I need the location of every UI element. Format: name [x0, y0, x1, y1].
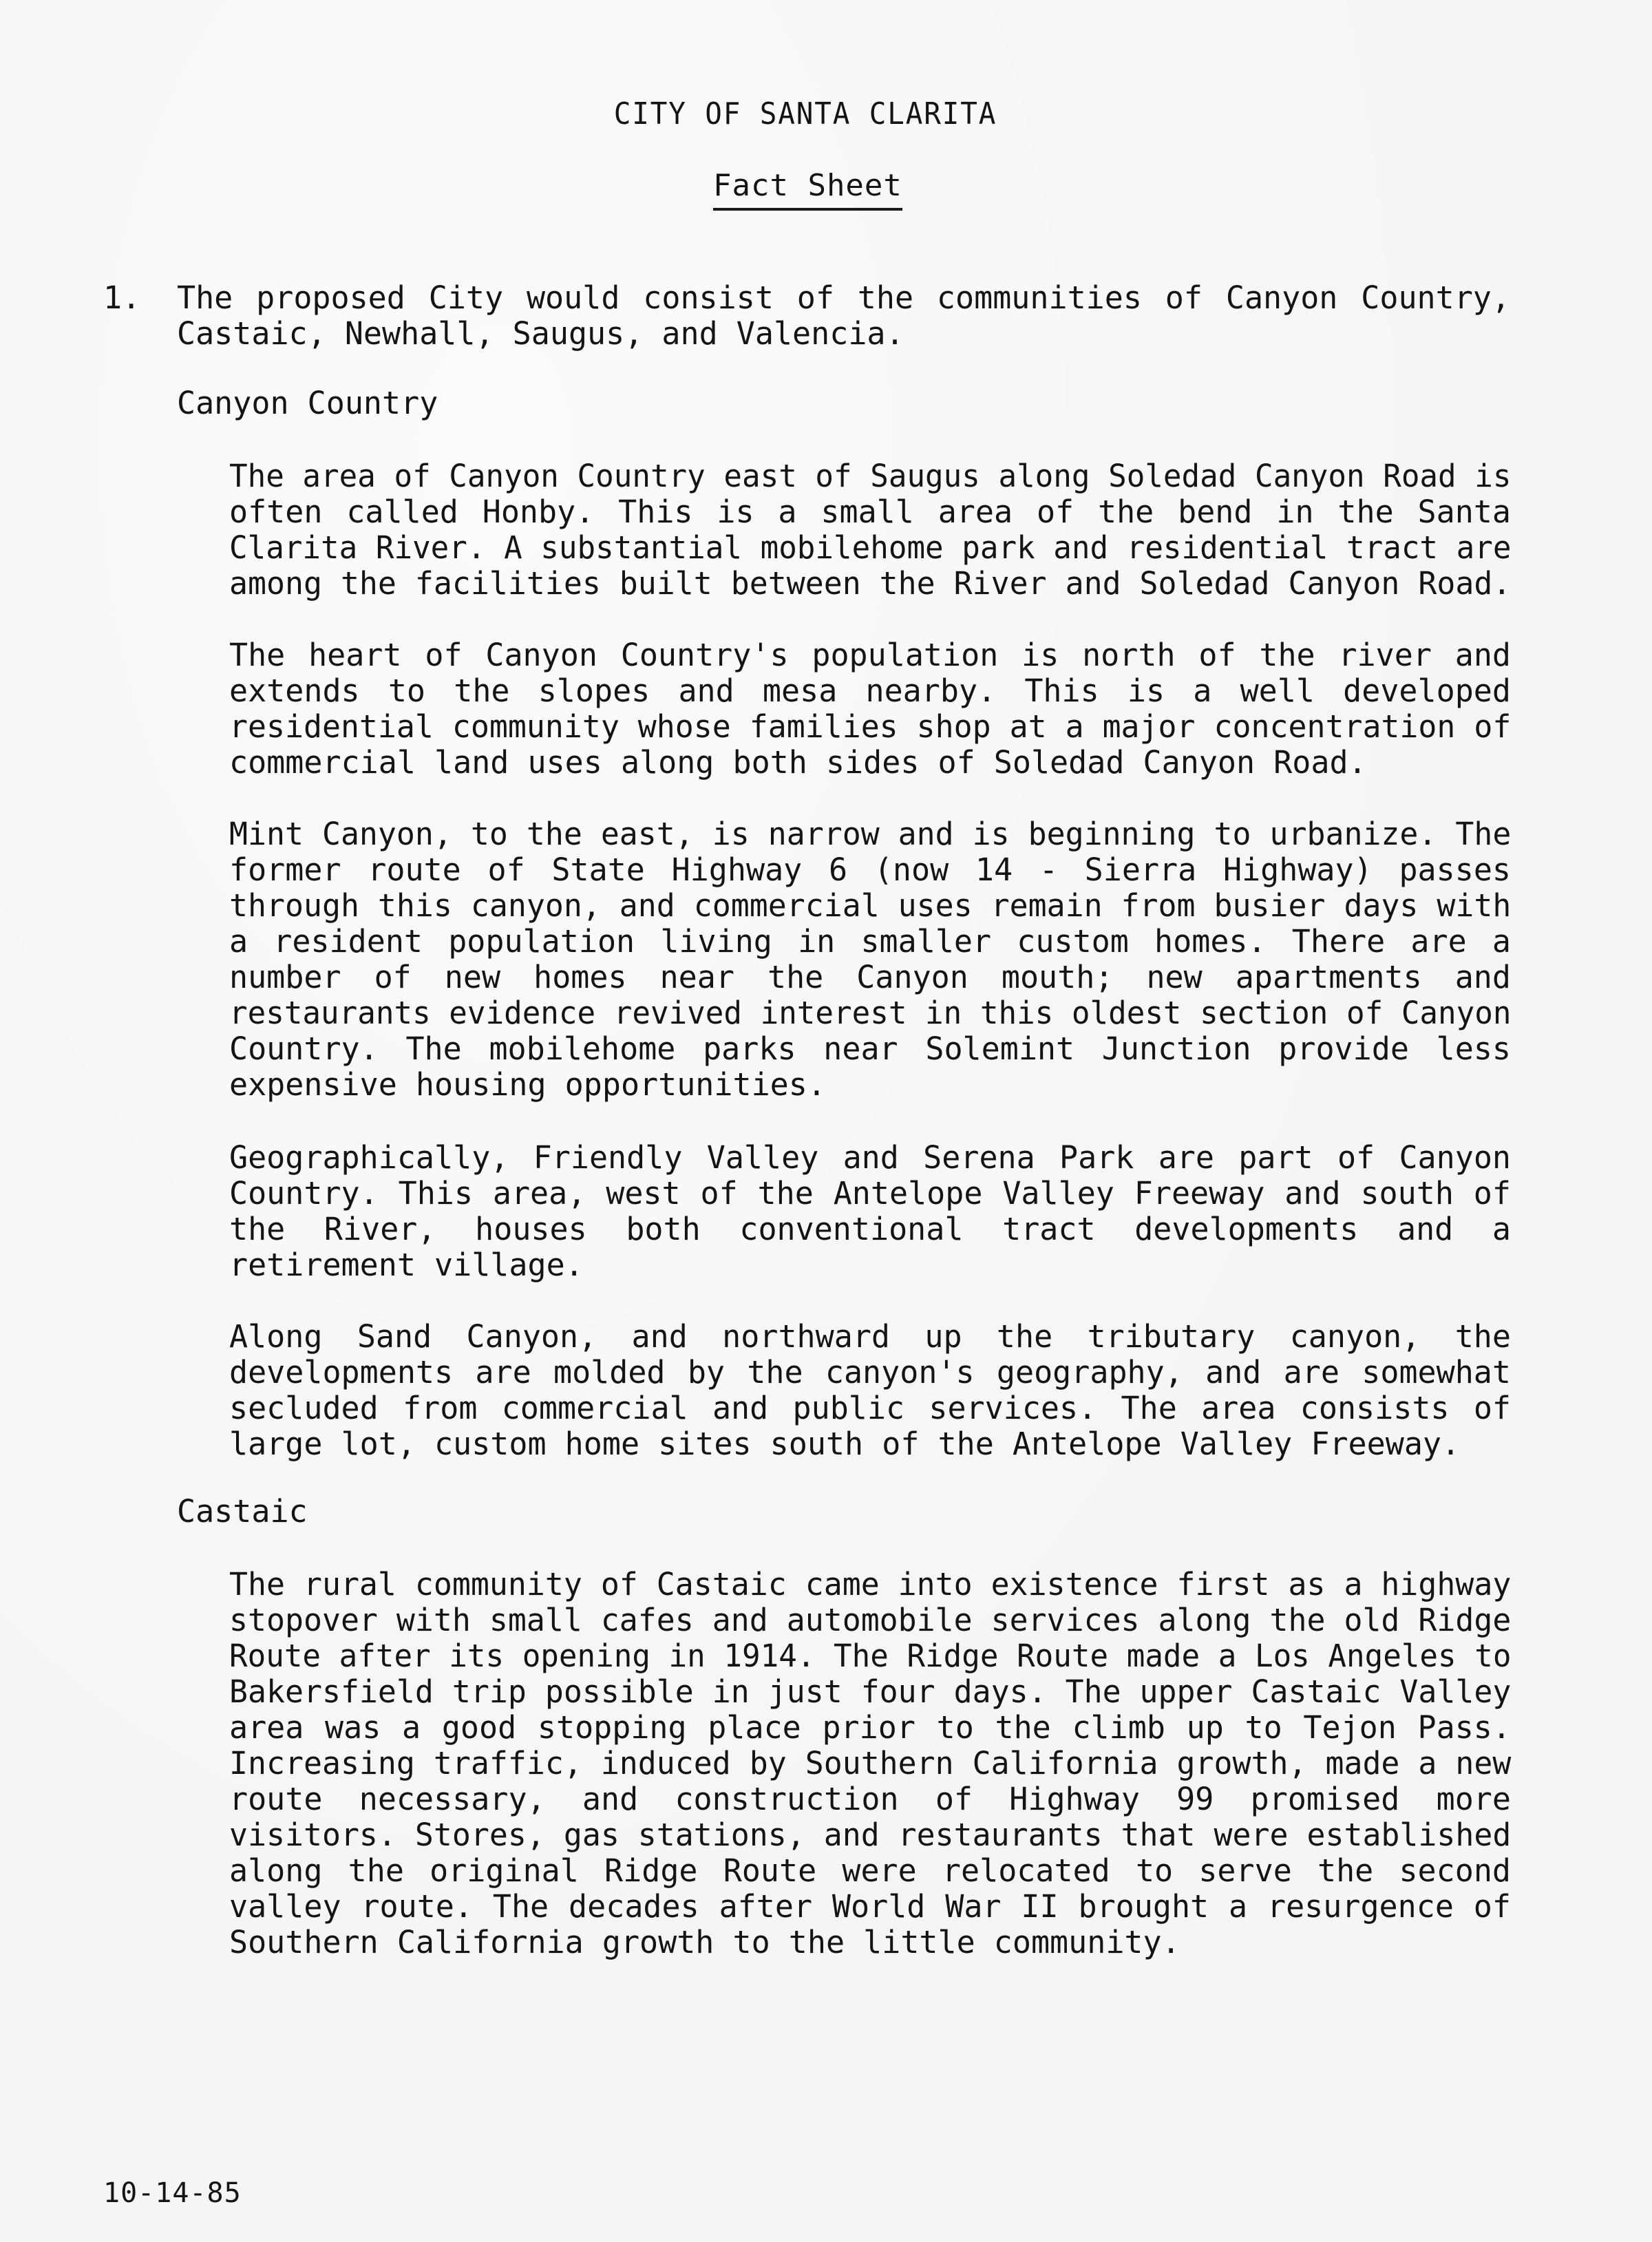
text-line: restaurants evidence revived interest in… — [229, 995, 1511, 1031]
text-line: developments are molded by the canyon's … — [229, 1355, 1511, 1390]
text-line: former route of State Highway 6 (now 14 … — [229, 852, 1511, 888]
text-line: Mint Canyon, to the east, is narrow and … — [229, 816, 1511, 852]
text-line: The proposed City would consist of the c… — [177, 280, 1510, 316]
text-line: often called Honby. This is a small area… — [229, 494, 1511, 530]
document-date: 10-14-85 — [103, 2177, 242, 2209]
text-line: extends to the slopes and mesa nearby. T… — [229, 673, 1511, 709]
text-line: stopover with small cafes and automobile… — [229, 1603, 1511, 1638]
section-heading-castaic: Castaic — [177, 1494, 308, 1530]
text-line: a resident population living in smaller … — [229, 924, 1511, 960]
paragraph-castaic-history: The rural community of Castaic came into… — [229, 1567, 1511, 1960]
text-line: route necessary, and construction of Hig… — [229, 1781, 1511, 1817]
text-line: residential community whose families sho… — [229, 709, 1511, 745]
text-line: visitors. Stores, gas stations, and rest… — [229, 1817, 1511, 1853]
paragraph-sand-canyon: Along Sand Canyon, and northward up the … — [229, 1319, 1511, 1462]
text-line: valley route. The decades after World Wa… — [229, 1889, 1511, 1925]
text-line: among the facilities built between the R… — [229, 566, 1511, 602]
text-line: The rural community of Castaic came into… — [229, 1567, 1511, 1603]
text-line: Route after its opening in 1914. The Rid… — [229, 1638, 1511, 1674]
text-line: Country. The mobilehome parks near Solem… — [229, 1031, 1511, 1067]
list-item-number: 1. — [103, 280, 140, 316]
text-line: The area of Canyon Country east of Saugu… — [229, 458, 1511, 494]
text-line: the River, houses both conventional trac… — [229, 1212, 1511, 1247]
text-line: along the original Ridge Route were relo… — [229, 1853, 1511, 1889]
text-line: The heart of Canyon Country's population… — [229, 637, 1511, 673]
text-line: secluded from commercial and public serv… — [229, 1390, 1511, 1426]
text-line: Country. This area, west of the Antelope… — [229, 1176, 1511, 1212]
paragraph-heart-of-canyon-country: The heart of Canyon Country's population… — [229, 637, 1511, 781]
text-line: retirement village. — [229, 1247, 1511, 1283]
document-title: CITY OF SANTA CLARITA — [56, 96, 1554, 131]
text-line: large lot, custom home sites south of th… — [229, 1426, 1511, 1462]
text-line: number of new homes near the Canyon mout… — [229, 960, 1511, 995]
paragraph-honby: The area of Canyon Country east of Saugu… — [229, 458, 1511, 602]
text-line: area was a good stopping place prior to … — [229, 1710, 1511, 1746]
text-line: Geographically, Friendly Valley and Sere… — [229, 1140, 1511, 1176]
paragraph-friendly-valley: Geographically, Friendly Valley and Sere… — [229, 1140, 1511, 1283]
text-line: commercial land uses along both sides of… — [229, 745, 1511, 781]
text-line: Bakersfield trip possible in just four d… — [229, 1674, 1511, 1710]
text-line: Clarita River. A substantial mobilehome … — [229, 530, 1511, 566]
text-line: expensive housing opportunities. — [229, 1067, 1511, 1103]
section-heading-canyon-country: Canyon Country — [177, 385, 438, 421]
text-line: Castaic, Newhall, Saugus, and Valencia. — [177, 316, 1510, 352]
document-page: CITY OF SANTA CLARITA Fact Sheet 1. The … — [0, 0, 1652, 2242]
list-item-text: The proposed City would consist of the c… — [177, 280, 1510, 352]
text-line: Along Sand Canyon, and northward up the … — [229, 1319, 1511, 1355]
text-line: Increasing traffic, induced by Southern … — [229, 1746, 1511, 1781]
text-line: through this canyon, and commercial uses… — [229, 888, 1511, 924]
text-line: Southern California growth to the little… — [229, 1925, 1511, 1960]
paragraph-mint-canyon: Mint Canyon, to the east, is narrow and … — [229, 816, 1511, 1103]
document-subtitle: Fact Sheet — [713, 169, 902, 211]
